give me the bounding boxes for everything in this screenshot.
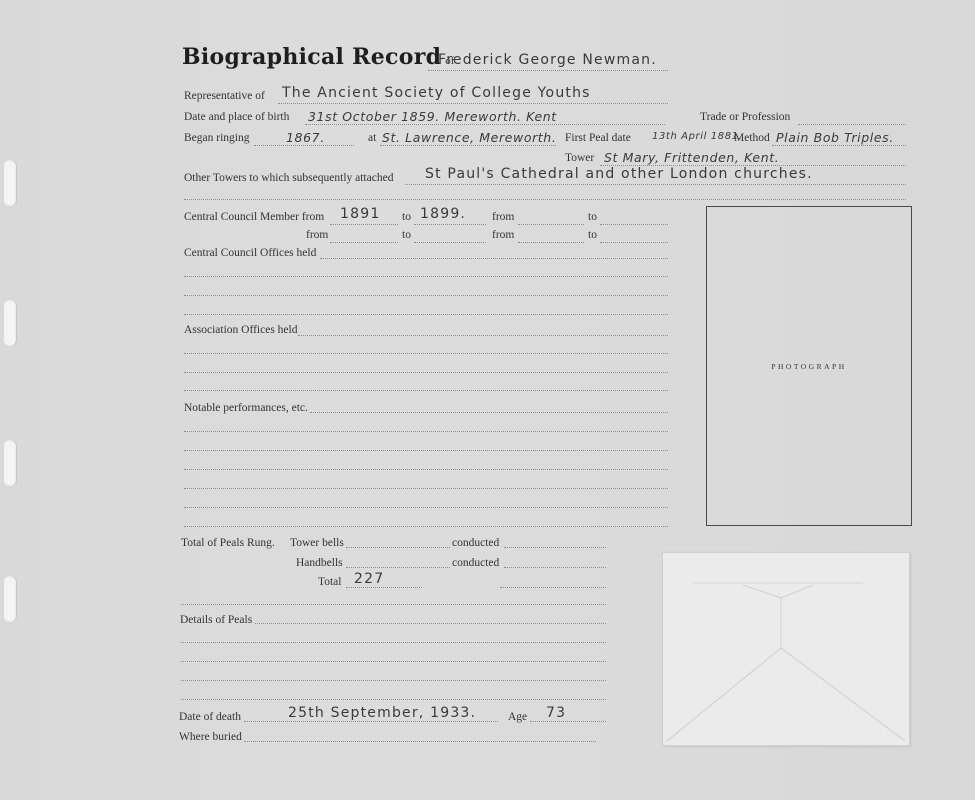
tower-value: St Mary, Frittenden, Kent. [604, 150, 779, 165]
notable-performances-label: Notable performances, etc. [184, 402, 308, 414]
council-from-label: from [492, 211, 514, 223]
date-of-death-label: Date of death [179, 711, 241, 723]
method-label: Method [734, 132, 770, 144]
council-to-label-3: to [588, 229, 597, 241]
title-text: Biographical Record [182, 44, 441, 70]
total-value: 227 [354, 571, 384, 587]
record-page: Biographical Record of Frederick George … [0, 0, 975, 800]
total-label: Total [318, 576, 341, 588]
tower-bells-conducted-label: conducted [452, 537, 499, 549]
other-towers-value: St Paul's Cathedral and other London chu… [425, 166, 813, 182]
punch-hole [4, 160, 17, 206]
tower-bells-label: Tower bells [290, 537, 344, 549]
council-to-label-2: to [402, 229, 411, 241]
first-peal-value: 13th April 1881. [652, 131, 742, 142]
council-to-1: 1899. [420, 206, 466, 222]
council-to-label: to [588, 211, 597, 223]
first-peal-label: First Peal date [565, 132, 631, 144]
punch-hole [4, 440, 17, 486]
at-value: St. Lawrence, Mereworth. [382, 130, 556, 145]
began-ringing-value: 1867. [286, 130, 325, 145]
council-member-label: Central Council Member from [184, 211, 324, 223]
age-value: 73 [546, 705, 566, 721]
other-towers-label: Other Towers to which subsequently attac… [184, 172, 393, 184]
envelope-flap-icon [663, 553, 909, 745]
page-title: Biographical Record of [182, 44, 454, 70]
association-offices-label: Association Offices held [184, 324, 297, 336]
method-value: Plain Bob Triples. [776, 130, 894, 145]
photograph-label: PHOTOGRAPH [707, 362, 911, 371]
subject-name: Frederick George Newman. [438, 52, 657, 68]
punch-hole [4, 576, 17, 622]
birth-value: 31st October 1859. Mereworth. Kent [308, 109, 557, 124]
representative-value: The Ancient Society of College Youths [282, 85, 591, 101]
age-label: Age [508, 711, 527, 723]
punch-hole [4, 300, 17, 346]
representative-label: Representative of [184, 90, 265, 102]
where-buried-label: Where buried [179, 731, 242, 743]
handbells-conducted-label: conducted [452, 557, 499, 569]
photograph-box: PHOTOGRAPH [706, 206, 912, 526]
began-ringing-label: Began ringing [184, 132, 249, 144]
total-peals-label: Total of Peals Rung. [181, 537, 275, 549]
attached-envelope [662, 552, 910, 746]
council-offices-label: Central Council Offices held [184, 247, 316, 259]
birth-label: Date and place of birth [184, 111, 289, 123]
trade-label: Trade or Profession [700, 111, 790, 123]
handbells-label: Handbells [296, 557, 343, 569]
tower-label: Tower [565, 152, 594, 164]
council-from-1: 1891 [340, 206, 380, 222]
date-of-death-value: 25th September, 1933. [288, 705, 476, 721]
at-label: at [368, 132, 376, 144]
details-of-peals-label: Details of Peals [180, 614, 252, 626]
council-to-label: to [402, 211, 411, 223]
council-from-label-2: from [306, 229, 328, 241]
council-from-label-3: from [492, 229, 514, 241]
